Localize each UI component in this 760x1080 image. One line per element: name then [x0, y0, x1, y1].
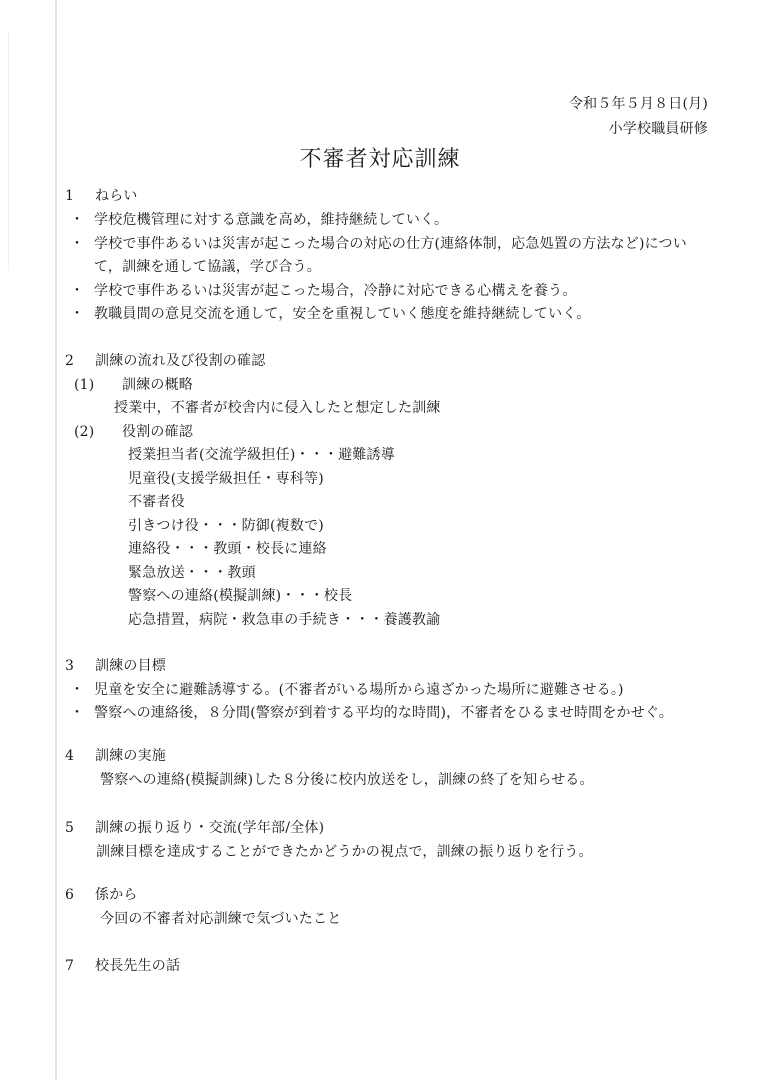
section-heading: 4訓練の実施 [65, 748, 166, 764]
section-heading: 6係から [65, 887, 138, 903]
bullet-icon: ・ [70, 283, 94, 299]
role-line: 緊急放送・・・教頭 [128, 565, 256, 581]
document-title: 不審者対応訓練 [0, 147, 760, 173]
role-line: 警察への連絡(模擬訓練)・・・校長 [128, 588, 352, 604]
section-heading: 7校長先生の話 [65, 958, 180, 974]
list-item: ・学校で事件あるいは災害が起こった場合の対応の仕方(連絡体制，応急処置の方法など… [70, 236, 687, 252]
list-item-continuation: て，訓練を通して協議，学び合う。 [94, 259, 321, 275]
role-line: 児童役(支援学級担任・専科等) [128, 471, 324, 487]
list-item: ・児童を安全に避難誘導する。(不審者がいる場所から遠ざかった場所に避難させる。) [70, 682, 624, 698]
section-heading: 1ねらい [65, 188, 138, 204]
list-item: ・教職員間の意見交流を通して，安全を重視していく態度を維持継続していく。 [70, 306, 590, 322]
section-heading: 3訓練の目標 [65, 658, 166, 674]
subsection-heading: (1)訓練の概略 [74, 377, 193, 393]
section-line: 訓練目標を達成することができたかどうかの視点で，訓練の振り返りを行う。 [96, 844, 593, 860]
list-item: ・学校で事件あるいは災害が起こった場合，冷静に対応できる心構えを養う。 [70, 283, 577, 299]
subsection-heading: (2)役割の確認 [74, 424, 193, 440]
bullet-icon: ・ [70, 236, 94, 252]
section-heading: 5訓練の振り返り・交流(学年部/全体) [65, 820, 324, 836]
document-date: 令和５年５月８日(月) [569, 96, 708, 112]
subsection-line: 授業中，不審者が校舎内に侵入したと想定した訓練 [114, 400, 441, 416]
role-line: 応急措置，病院・救急車の手続き・・・養護教諭 [128, 612, 440, 628]
list-item: ・学校危機管理に対する意識を高め，維持継続していく。 [70, 212, 448, 228]
document-organization: 小学校職員研修 [609, 121, 708, 137]
bullet-icon: ・ [70, 306, 94, 322]
section-line: 警察への連絡(模擬訓練)した８分後に校内放送をし，訓練の終了を知らせる。 [100, 772, 594, 788]
role-line: 連絡役・・・教頭・校長に連絡 [128, 541, 327, 557]
section-heading: 2訓練の流れ及び役割の確認 [65, 353, 265, 369]
role-line: 不審者役 [128, 494, 185, 510]
role-line: 授業担当者(交流学級担任)・・・避難誘導 [128, 447, 395, 463]
bullet-icon: ・ [70, 212, 94, 228]
bullet-icon: ・ [70, 705, 94, 721]
bullet-icon: ・ [70, 682, 94, 698]
section-line: 今回の不審者対応訓練で気づいたこと [100, 911, 341, 927]
role-line: 引きつけ役・・・防御(複数で) [128, 518, 324, 534]
list-item: ・警察への連絡後，８分間(警察が到着する平均的な時間)，不審者をひるませ時間をか… [70, 705, 673, 721]
